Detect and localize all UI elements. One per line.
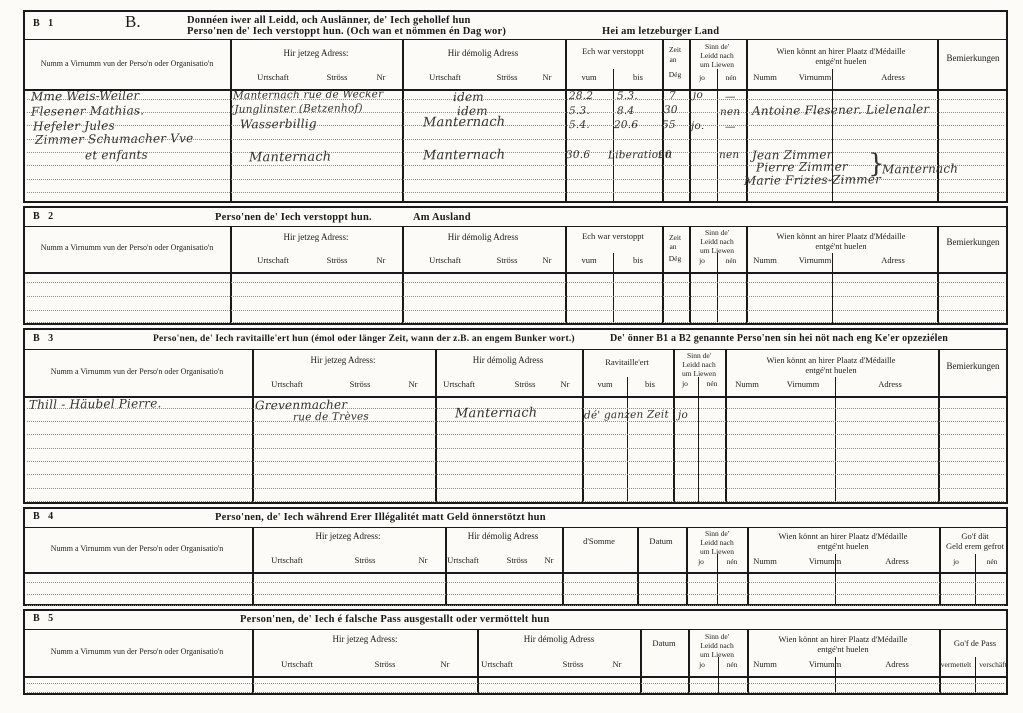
b1-adress: Adress <box>881 73 905 82</box>
ruling-line <box>27 605 1004 606</box>
b2-jo: jo <box>699 257 705 265</box>
entry-vum: 5.3. <box>569 105 590 117</box>
section-b3: B 3 Perso'nen, de' Iech ravitaille'ert h… <box>23 328 1008 504</box>
b4-gof-2: Geld erem gefrot <box>946 542 1004 551</box>
b3-bis: bis <box>645 380 655 389</box>
b1-jetzeg-stross: Ströss <box>327 73 348 82</box>
entry-demolig: Manternach <box>455 406 537 422</box>
b1-demolig-nr: Nr <box>543 73 552 82</box>
entry-bis: 5.3. <box>617 90 638 102</box>
entry-name: Flesener Mathias. <box>31 103 144 118</box>
entry-medaille-place: Manternach <box>882 162 958 177</box>
title-rule <box>25 226 1006 227</box>
b3-demolig-stross: Ströss <box>515 380 536 389</box>
b5-col-jetzeg: Hir jetzeg Adress: <box>333 635 398 645</box>
b5-data-area <box>25 676 1006 697</box>
b4-demolig-urtschaft: Urtschaft <box>447 556 479 565</box>
b5-jetzeg-stross: Ströss <box>375 660 396 669</box>
b4-sinn2: Leidd nach <box>700 539 734 547</box>
b4-jetzeg-stross: Ströss <box>355 556 376 565</box>
ruling-line <box>27 125 1004 126</box>
b3-med1: Wien könnt an hirer Plaatz d'Médaille <box>767 356 896 365</box>
b1-col-demolig: Hir démolig Adress <box>448 49 519 59</box>
entry-jetzeg: (Junglinster (Betzenhof) <box>230 102 363 115</box>
b5-demolig-nr: Nr <box>613 660 622 669</box>
b2-vum: vum <box>581 256 596 265</box>
entry-jo: jo <box>678 409 688 421</box>
entry-jetzeg: Wasserbillig <box>240 117 317 132</box>
ruling-line <box>27 683 1004 684</box>
entry-medaille-3: Marie Frizies-Zimmer <box>744 172 881 187</box>
b4-col-name: Numm a Virnumm vun der Perso'n oder Orga… <box>51 545 224 554</box>
ruling-line <box>27 322 1004 323</box>
entry-medaille: Antoine Flesener. Lielenaler <box>752 102 929 118</box>
b4-med1: Wien könnt an hirer Plaatz d'Médaille <box>779 532 908 541</box>
b2-col-verstoppt: Ech war verstoppt <box>582 232 644 241</box>
b3-col-jetzeg: Hir jetzeg Adress: <box>311 356 376 366</box>
b5-numm: Numm <box>753 660 777 669</box>
b4-col-jetzeg: Hir jetzeg Adress: <box>316 532 381 542</box>
b1-sinn1: Sinn de' <box>705 43 729 51</box>
entry-rav: dé' ganzen Zeit <box>584 409 669 422</box>
ruling-line <box>27 594 1004 595</box>
b1-col-jetzeg: Hir jetzeg Adress: <box>284 49 349 59</box>
b4-jetzeg-nr: Nr <box>419 556 428 565</box>
b1-title-line1: Donnéen iwer all Leidd, och Auslänner, d… <box>187 15 471 26</box>
b1-med2: entgé'nt huelen <box>815 57 866 66</box>
b2-col-name: Numm a Virnumm vun der Perso'n oder Orga… <box>41 244 214 253</box>
b3-sinn1: Sinn de' <box>687 352 711 360</box>
section-b1: B 1 B. Donnéen iwer all Leidd, och Auslä… <box>23 10 1008 203</box>
ruling-line <box>27 488 1004 489</box>
b5-col-datum: Datum <box>652 639 675 648</box>
entry-zeit: 90 <box>658 149 672 161</box>
b5-nen: nén <box>727 661 738 669</box>
b1-col-name: Numm a Virnumm vun der Perso'n oder Orga… <box>41 60 214 69</box>
entry-jo: jo. <box>691 120 704 132</box>
entry-vum: 30.6 <box>566 149 590 161</box>
b2-jetzeg-stross: Ströss <box>327 256 348 265</box>
b4-data-area <box>25 572 1006 608</box>
b5-jetzeg-nr: Nr <box>441 660 450 669</box>
b3-col-rav: Ravitaille'ert <box>605 358 649 367</box>
b4-col-datum: Datum <box>649 537 672 546</box>
entry-zeit: 30 <box>664 104 678 116</box>
b1-bis: bis <box>633 73 643 82</box>
ruling-line <box>27 192 1004 193</box>
b2-col-demolig: Hir démolig Adress <box>448 233 519 243</box>
entry-nen: — <box>725 91 736 103</box>
entry-jo: jo <box>693 89 703 101</box>
b1-zeit3: Dég <box>669 71 682 79</box>
b3-bem: Bemierkungen <box>947 362 1000 372</box>
entry-jetzeg-2: rue de Trèves <box>293 411 369 424</box>
b1-sinn3: um Liewen <box>700 61 734 69</box>
b5-jetzeg-urtschaft: Urtschaft <box>281 660 313 669</box>
b4-col-dsomme: d'Somme <box>583 537 615 546</box>
b4-adress: Adress <box>885 557 909 566</box>
ruling-line <box>27 692 1004 693</box>
ruling-line <box>27 582 1004 583</box>
entry-bis: 20.6 <box>614 119 638 131</box>
b4-demolig-nr: Nr <box>545 556 554 565</box>
entry-name: Thill - Häubel Pierre. <box>29 396 162 411</box>
b1-jo: jo <box>699 74 705 82</box>
b5-demolig-urtschaft: Urtschaft <box>481 660 513 669</box>
section-b3-label: B 3 <box>33 334 56 345</box>
section-b1-letter: B. <box>125 13 141 31</box>
b4-virnumm: Virnumm <box>809 557 842 566</box>
b5-col-name: Numm a Virnumm vun der Perso'n oder Orga… <box>51 648 224 657</box>
b2-sinn1: Sinn de' <box>705 229 729 237</box>
b5-jo: jo <box>699 661 705 669</box>
b2-bem: Bemierkungen <box>947 238 1000 248</box>
entry-zeit: 7 <box>669 90 676 102</box>
b1-zeit1: Zeit <box>669 46 681 54</box>
entry-vum: 28.2 <box>569 90 593 102</box>
b2-sinn2: Leidd nach <box>700 238 734 246</box>
entry-name: Mme Weis-Weiler <box>31 88 140 103</box>
entry-bis: 8.4 <box>617 105 634 117</box>
entry-nen: nen <box>719 149 739 161</box>
b2-data-area <box>25 272 1006 327</box>
section-b2-label: B 2 <box>33 212 56 223</box>
ruling-line <box>27 99 1004 100</box>
b2-med2: entgé'nt huelen <box>815 242 866 251</box>
entry-vum: 5.4. <box>569 119 590 131</box>
b4-nen: nén <box>727 558 738 566</box>
b1-title-line2: Perso'nen de' Iech verstoppt hun. (Och w… <box>187 26 506 37</box>
b1-title-right: Hei am letzeburger Land <box>602 26 719 37</box>
b2-zeit3: Dég <box>669 255 682 263</box>
b2-virnumm: Virnumm <box>799 256 832 265</box>
b4-col-demolig: Hir démolig Adress <box>468 532 539 542</box>
b3-data-area: Thill - Häubel Pierre. Grevenmacher rue … <box>25 396 1006 506</box>
b3-virnumm: Virnumm <box>787 380 820 389</box>
b1-med1: Wien könnt an hirer Plaatz d'Médaille <box>777 47 906 56</box>
b5-sinn2: Leidd nach <box>700 642 734 650</box>
b5-virnumm: Virnumm <box>809 660 842 669</box>
b1-jetzeg-urtschaft: Urtschaft <box>257 73 289 82</box>
b4-jetzeg-urtschaft: Urtschaft <box>271 556 303 565</box>
b1-zeit2: an <box>669 56 676 64</box>
b4-gof-jo: jo <box>953 558 959 566</box>
b3-adress: Adress <box>878 380 902 389</box>
entry-zeit: 55 <box>662 119 676 131</box>
section-b4-label: B 4 <box>33 512 56 523</box>
b3-jetzeg-nr: Nr <box>409 380 418 389</box>
ruling-line <box>27 434 1004 435</box>
ruling-line <box>27 501 1004 502</box>
b2-jetzeg-urtschaft: Urtschaft <box>257 256 289 265</box>
entry-name2: et enfants <box>85 148 148 163</box>
b3-title-1: Perso'nen, de' Iech ravitaille'ert hun (… <box>153 334 575 344</box>
b5-verschaft: verschäft <box>979 661 1006 669</box>
b2-med1: Wien könnt an hirer Plaatz d'Médaille <box>777 232 906 241</box>
section-b5: B 5 Person'nen, de' Iech é falsche Pass … <box>23 609 1008 695</box>
b5-sinn3: um Liewen <box>700 651 734 659</box>
section-b1-label: B 1 <box>33 19 56 30</box>
b3-demolig-nr: Nr <box>561 380 570 389</box>
b5-med1: Wien könnt an hirer Plaatz d'Médaille <box>779 635 908 644</box>
b3-col-demolig: Hir démolig Adress <box>473 356 544 366</box>
ruling-line <box>27 310 1004 311</box>
b4-numm: Numm <box>753 557 777 566</box>
entry-nen: nen <box>720 106 740 118</box>
b2-jetzeg-nr: Nr <box>377 256 386 265</box>
entry-jetzeg: Manternach rue de Wecker <box>233 88 383 102</box>
ruling-line <box>27 474 1004 475</box>
b5-demolig-stross: Ströss <box>563 660 584 669</box>
ruling-line <box>27 461 1004 462</box>
ruling-line <box>27 448 1004 449</box>
b2-zeit2: an <box>669 243 676 251</box>
ruling-line <box>27 296 1004 297</box>
b3-vum: vum <box>597 380 612 389</box>
b1-data-area: Mme Weis-Weiler Manternach rue de Wecker… <box>25 89 1006 203</box>
b1-sinn2: Leidd nach <box>700 52 734 60</box>
b1-jetzeg-nr: Nr <box>377 73 386 82</box>
b3-title-2: De' önner B1 a B2 genannte Perso'nen sin… <box>610 334 948 345</box>
ruling-line <box>27 421 1004 422</box>
section-b2: B 2 Perso'nen de' Iech verstoppt hun. Am… <box>23 206 1008 325</box>
b5-gof: Go'f de Pass <box>954 639 996 648</box>
title-rule <box>25 629 1006 630</box>
b2-demolig-nr: Nr <box>543 256 552 265</box>
b2-subtitle: Am Ausland <box>413 212 471 223</box>
b2-demolig-urtschaft: Urtschaft <box>429 256 461 265</box>
b5-title: Person'nen, de' Iech é falsche Pass ausg… <box>240 614 550 625</box>
entry-jetzeg: Manternach <box>249 150 331 166</box>
b5-med2: entgé'nt huelen <box>817 645 868 654</box>
b3-jetzeg-urtschaft: Urtschaft <box>271 380 303 389</box>
entry-demolig: idem <box>453 90 484 104</box>
b2-adress: Adress <box>881 256 905 265</box>
b3-sinn3: um Liewen <box>682 370 716 378</box>
section-b4: B 4 Perso'nen, de' Iech während Erer Ill… <box>23 507 1008 606</box>
b4-title: Perso'nen, de' Iech während Erer Illégal… <box>215 512 546 523</box>
ruling-line <box>27 165 1004 166</box>
b4-med2: entgé'nt huelen <box>817 542 868 551</box>
b4-demolig-stross: Ströss <box>507 556 528 565</box>
b5-adress: Adress <box>885 660 909 669</box>
entry-name: Zimmer Schumacher Vve <box>35 131 194 147</box>
b3-numm: Numm <box>735 380 759 389</box>
b3-med2: entgé'nt huelen <box>805 366 856 375</box>
entry-demolig: Manternach <box>423 148 505 164</box>
scanned-form-page: B 1 B. Donnéen iwer all Leidd, och Auslä… <box>0 0 1023 713</box>
b5-vermettelt: vermettelt <box>941 661 971 669</box>
section-b5-label: B 5 <box>33 614 56 625</box>
title-rule <box>25 39 1006 40</box>
b5-sinn1: Sinn de' <box>705 633 729 641</box>
b1-nen: nén <box>726 74 737 82</box>
b5-col-demolig: Hir démolig Adress <box>524 635 595 645</box>
b4-sinn1: Sinn de' <box>705 530 729 538</box>
b2-nen: nén <box>726 257 737 265</box>
b4-jo: jo <box>698 558 704 566</box>
ruling-line <box>27 282 1004 283</box>
b1-col-verstoppt: Ech war verstoppt <box>582 47 644 56</box>
entry-nen: — <box>725 121 736 133</box>
b4-gof-nen: nén <box>987 558 998 566</box>
b2-numm: Numm <box>753 256 777 265</box>
b1-numm: Numm <box>753 73 777 82</box>
b1-demolig-stross: Ströss <box>497 73 518 82</box>
b2-zeit1: Zeit <box>669 234 681 242</box>
ruling-line <box>27 152 1004 153</box>
b3-col-name: Numm a Virnumm vun der Perso'n oder Orga… <box>51 368 224 377</box>
b1-demolig-urtschaft: Urtschaft <box>429 73 461 82</box>
b2-demolig-stross: Ströss <box>497 256 518 265</box>
title-rule <box>25 527 1006 528</box>
b4-gof-1: Go'f dät <box>961 532 988 541</box>
b3-nen: nén <box>707 380 718 388</box>
b3-jetzeg-stross: Ströss <box>350 380 371 389</box>
entry-demolig: Manternach <box>423 115 505 131</box>
b1-virnumm: Virnumm <box>799 73 832 82</box>
b1-bem: Bemierkungen <box>947 54 1000 64</box>
b2-col-jetzeg: Hir jetzeg Adress: <box>284 233 349 243</box>
title-rule <box>25 349 1006 350</box>
b3-sinn2: Leidd nach <box>682 361 716 369</box>
b2-bis: bis <box>633 256 643 265</box>
b3-jo: jo <box>682 380 688 388</box>
b3-demolig-urtschaft: Urtschaft <box>443 380 475 389</box>
b2-title: Perso'nen de' Iech verstoppt hun. <box>215 212 372 223</box>
b1-vum: vum <box>581 73 596 82</box>
